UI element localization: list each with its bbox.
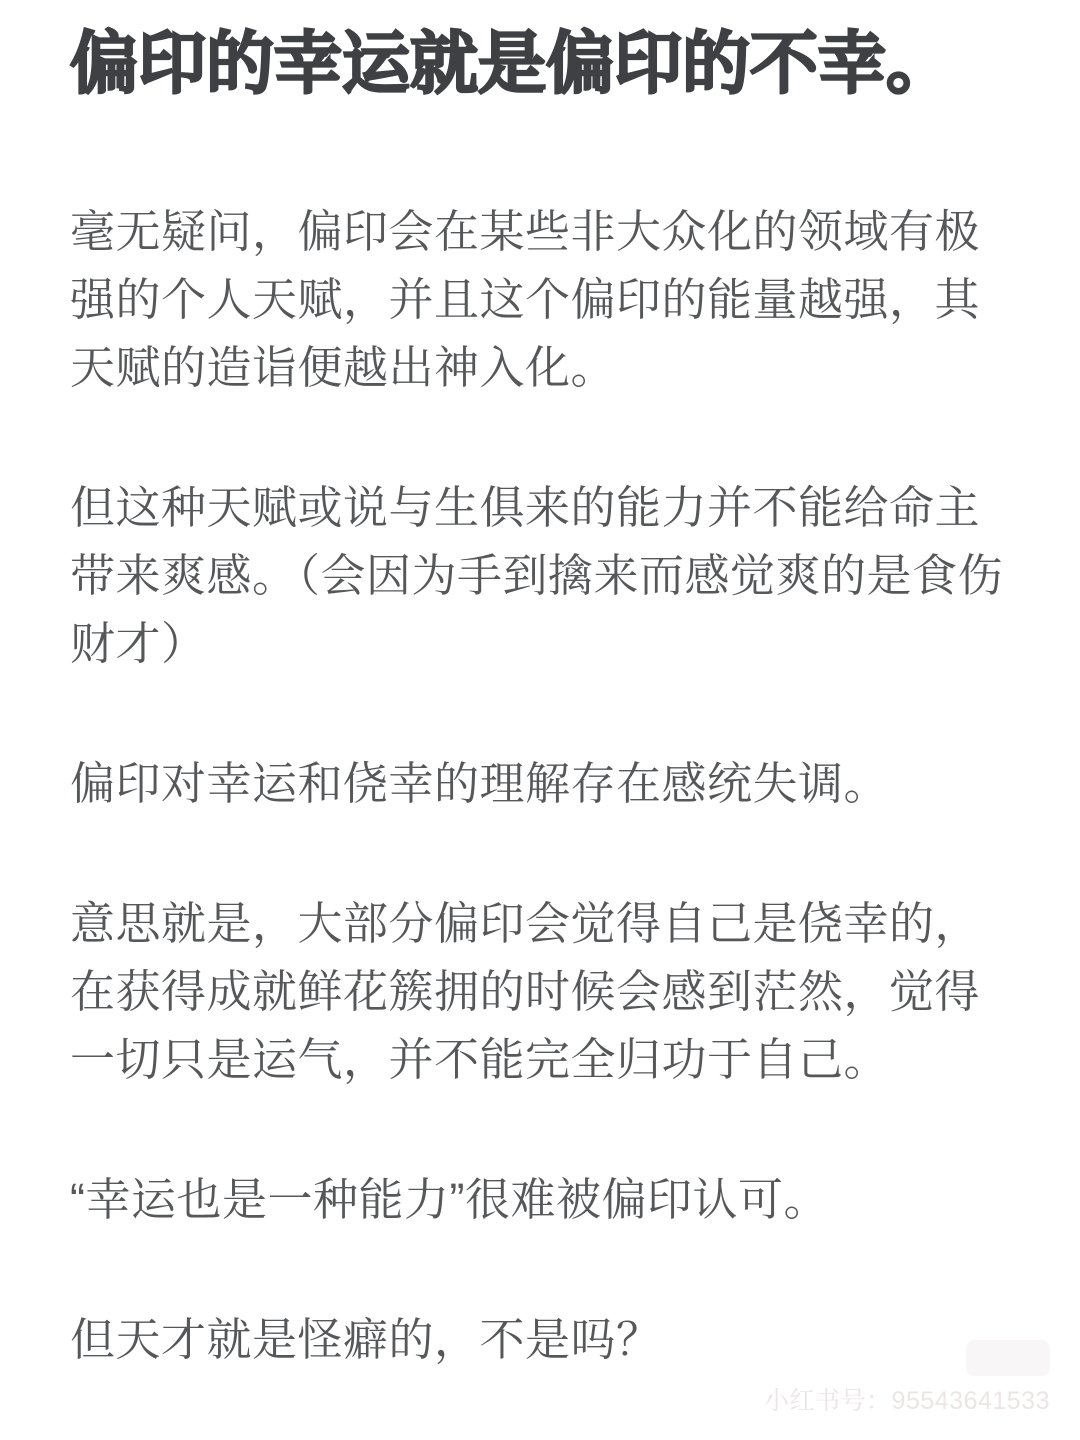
post-title: 偏印的幸运就是偏印的不幸。: [70, 16, 1040, 112]
post-body: 毫无疑问，偏印会在某些非大众化的领域有极 强的个人天赋，并且这个偏印的能量越强，…: [70, 198, 1040, 1374]
xiaohongshu-id-watermark: 小红书号：95543641533: [764, 1389, 1050, 1414]
paragraph-3: 偏印对幸运和侥幸的理解存在感统失调。: [70, 750, 1040, 818]
paragraph-4: 意思就是，大部分偏印会觉得自己是侥幸的， 在获得成就鲜花簇拥的时候会感到茫然，觉…: [70, 890, 1040, 1094]
xiaohongshu-logo-watermark: [966, 1340, 1050, 1376]
paragraph-5: “幸运也是一种能力”很难被偏印认可。: [70, 1166, 1040, 1234]
paragraph-6: 但天才就是怪癖的，不是吗？: [70, 1306, 1040, 1374]
text-post-image: 偏印的幸运就是偏印的不幸。 毫无疑问，偏印会在某些非大众化的领域有极 强的个人天…: [0, 0, 1080, 1440]
paragraph-1: 毫无疑问，偏印会在某些非大众化的领域有极 强的个人天赋，并且这个偏印的能量越强，…: [70, 198, 1040, 402]
paragraph-2: 但这种天赋或说与生俱来的能力并不能给命主 带来爽感。（会因为手到擒来而感觉爽的是…: [70, 474, 1040, 678]
